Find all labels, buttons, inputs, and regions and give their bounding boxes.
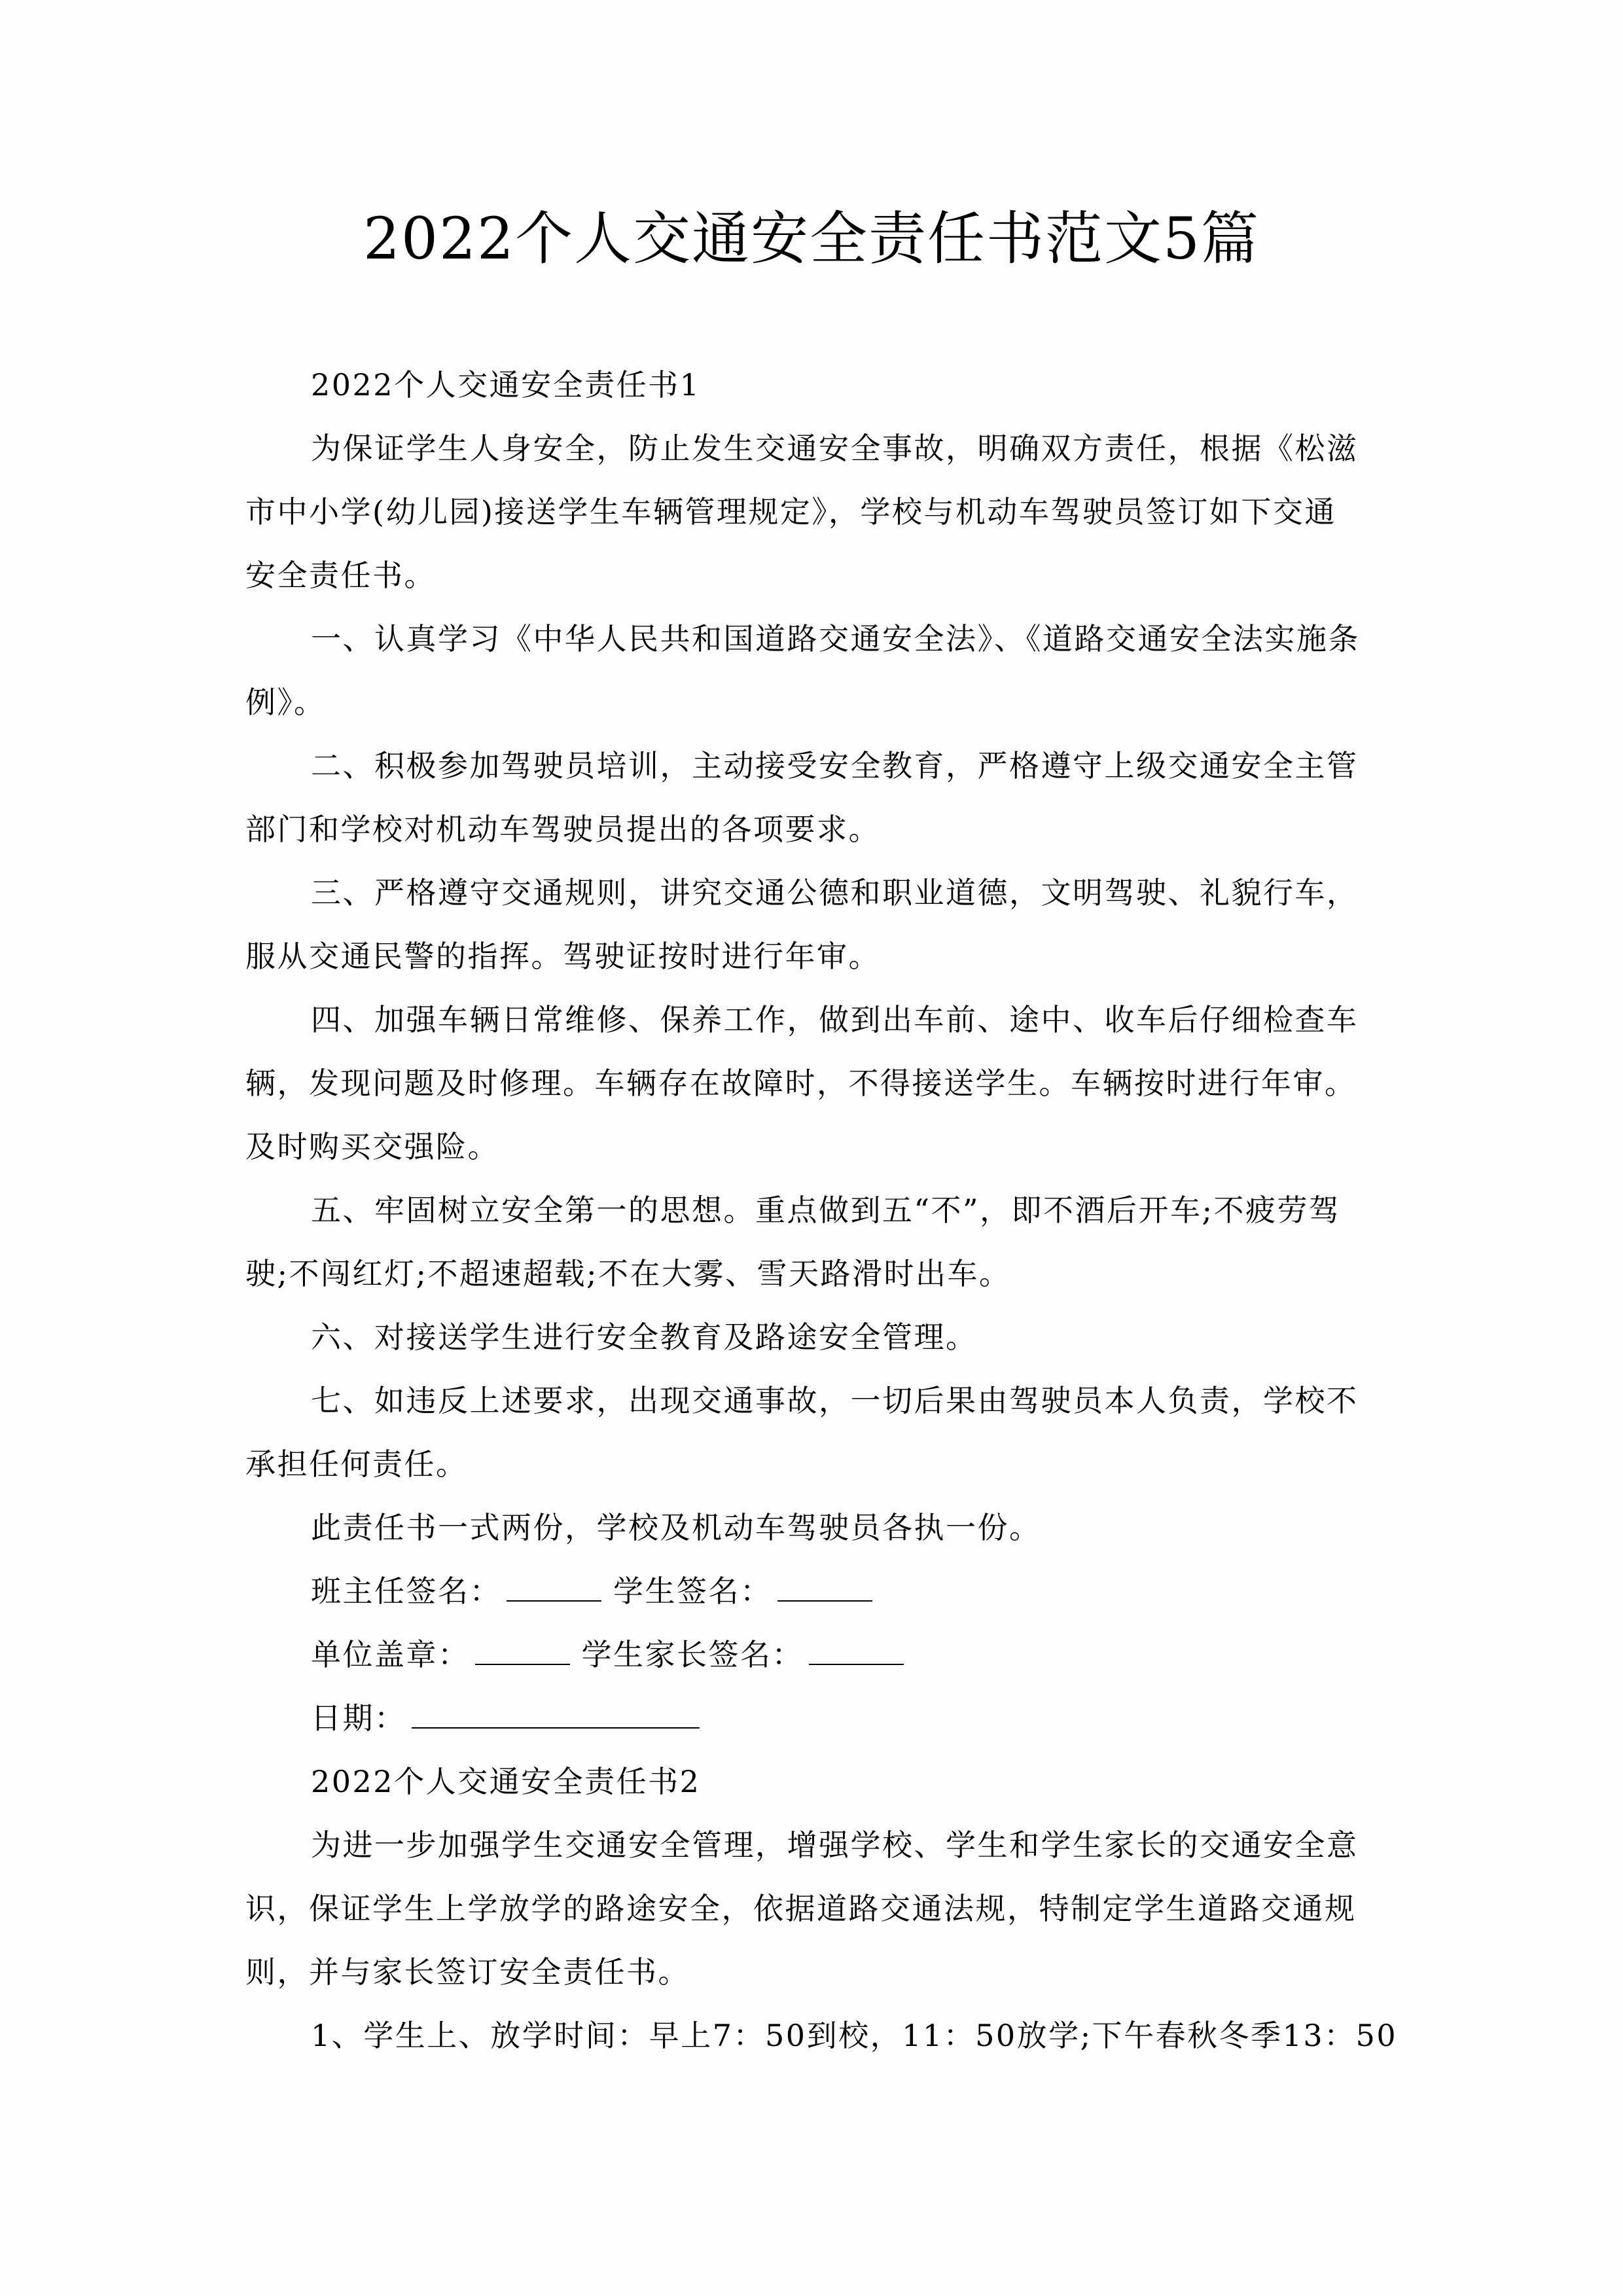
- document-title: 2022个人交通安全责任书范文5篇: [0, 196, 1623, 281]
- section-heading: 2022个人交通安全责任书2: [245, 1750, 1381, 1814]
- paragraph-line: 一、认真学习《中华人民共和国道路交通安全法》、《道路交通安全法实施条: [245, 607, 1381, 671]
- paragraph-line: 六、对接送学生进行安全教育及路途安全管理。: [245, 1306, 1381, 1369]
- paragraph-line: 则，并与家长签订安全责任书。: [245, 1941, 1381, 2004]
- paragraph-line: 为保证学生人身安全，防止发生交通安全事故，明确双方责任，根据《松滋: [245, 417, 1381, 480]
- paragraph-line: 辆，发现问题及时修理。车辆存在故障时，不得接送学生。车辆按时进行年审。: [245, 1052, 1381, 1115]
- date-blank[interactable]: [412, 1701, 700, 1729]
- teacher-signature-label: 班主任签名：: [311, 1573, 501, 1609]
- unit-seal-blank[interactable]: [475, 1638, 570, 1665]
- unit-seal-label: 单位盖章：: [311, 1637, 470, 1672]
- student-signature-label: 学生签名：: [613, 1573, 772, 1609]
- paragraph-line: 识，保证学生上学放学的路途安全，依据道路交通法规，特制定学生道路交通规: [245, 1877, 1381, 1941]
- paragraph-line: 1、学生上、放学时间：早上7：50到校，11：50放学;下午春秋冬季13：50: [245, 2004, 1381, 2068]
- paragraph-line: 五、牢固树立安全第一的思想。重点做到五“不”，即不酒后开车;不疲劳驾: [245, 1179, 1381, 1242]
- paragraph-line: 承担任何责任。: [245, 1433, 1381, 1496]
- parent-signature-blank[interactable]: [809, 1638, 904, 1665]
- paragraph-line: 七、如违反上述要求，出现交通事故，一切后果由驾驶员本人负责，学校不: [245, 1369, 1381, 1433]
- signature-row: 班主任签名：学生签名：: [245, 1560, 1381, 1623]
- date-row: 日期：: [245, 1687, 1381, 1750]
- paragraph-line: 例》。: [245, 671, 1381, 734]
- date-label: 日期：: [311, 1700, 406, 1736]
- paragraph-line: 二、积极参加驾驶员培训，主动接受安全教育，严格遵守上级交通安全主管: [245, 734, 1381, 798]
- paragraph-line: 为进一步加强学生交通安全管理，增强学校、学生和学生家长的交通安全意: [245, 1814, 1381, 1877]
- document-page: 2022个人交通安全责任书范文5篇 2022个人交通安全责任书1 为保证学生人身…: [0, 0, 1623, 2296]
- paragraph-line: 部门和学校对机动车驾驶员提出的各项要求。: [245, 798, 1381, 861]
- paragraph-line: 市中小学(幼儿园)接送学生车辆管理规定》，学校与机动车驾驶员签订如下交通: [245, 480, 1381, 544]
- paragraph-line: 驶;不闯红灯;不超速超载;不在大雾、雪天路滑时出车。: [245, 1242, 1381, 1306]
- paragraph-line: 三、严格遵守交通规则，讲究交通公德和职业道德，文明驾驶、礼貌行车，: [245, 861, 1381, 925]
- parent-signature-label: 学生家长签名：: [582, 1637, 804, 1672]
- paragraph-line: 及时购买交强险。: [245, 1115, 1381, 1179]
- section-heading: 2022个人交通安全责任书1: [245, 353, 1381, 417]
- paragraph-line: 四、加强车辆日常维修、保养工作，做到出车前、途中、收车后仔细检查车: [245, 988, 1381, 1052]
- signature-row: 单位盖章：学生家长签名：: [245, 1623, 1381, 1687]
- paragraph-line: 安全责任书。: [245, 544, 1381, 607]
- teacher-signature-blank[interactable]: [507, 1574, 601, 1602]
- paragraph-line: 服从交通民警的指挥。驾驶证按时进行年审。: [245, 925, 1381, 988]
- document-body: 2022个人交通安全责任书1 为保证学生人身安全，防止发生交通安全事故，明确双方…: [245, 353, 1381, 2068]
- student-signature-blank[interactable]: [777, 1574, 872, 1602]
- paragraph-line: 此责任书一式两份，学校及机动车驾驶员各执一份。: [245, 1496, 1381, 1560]
